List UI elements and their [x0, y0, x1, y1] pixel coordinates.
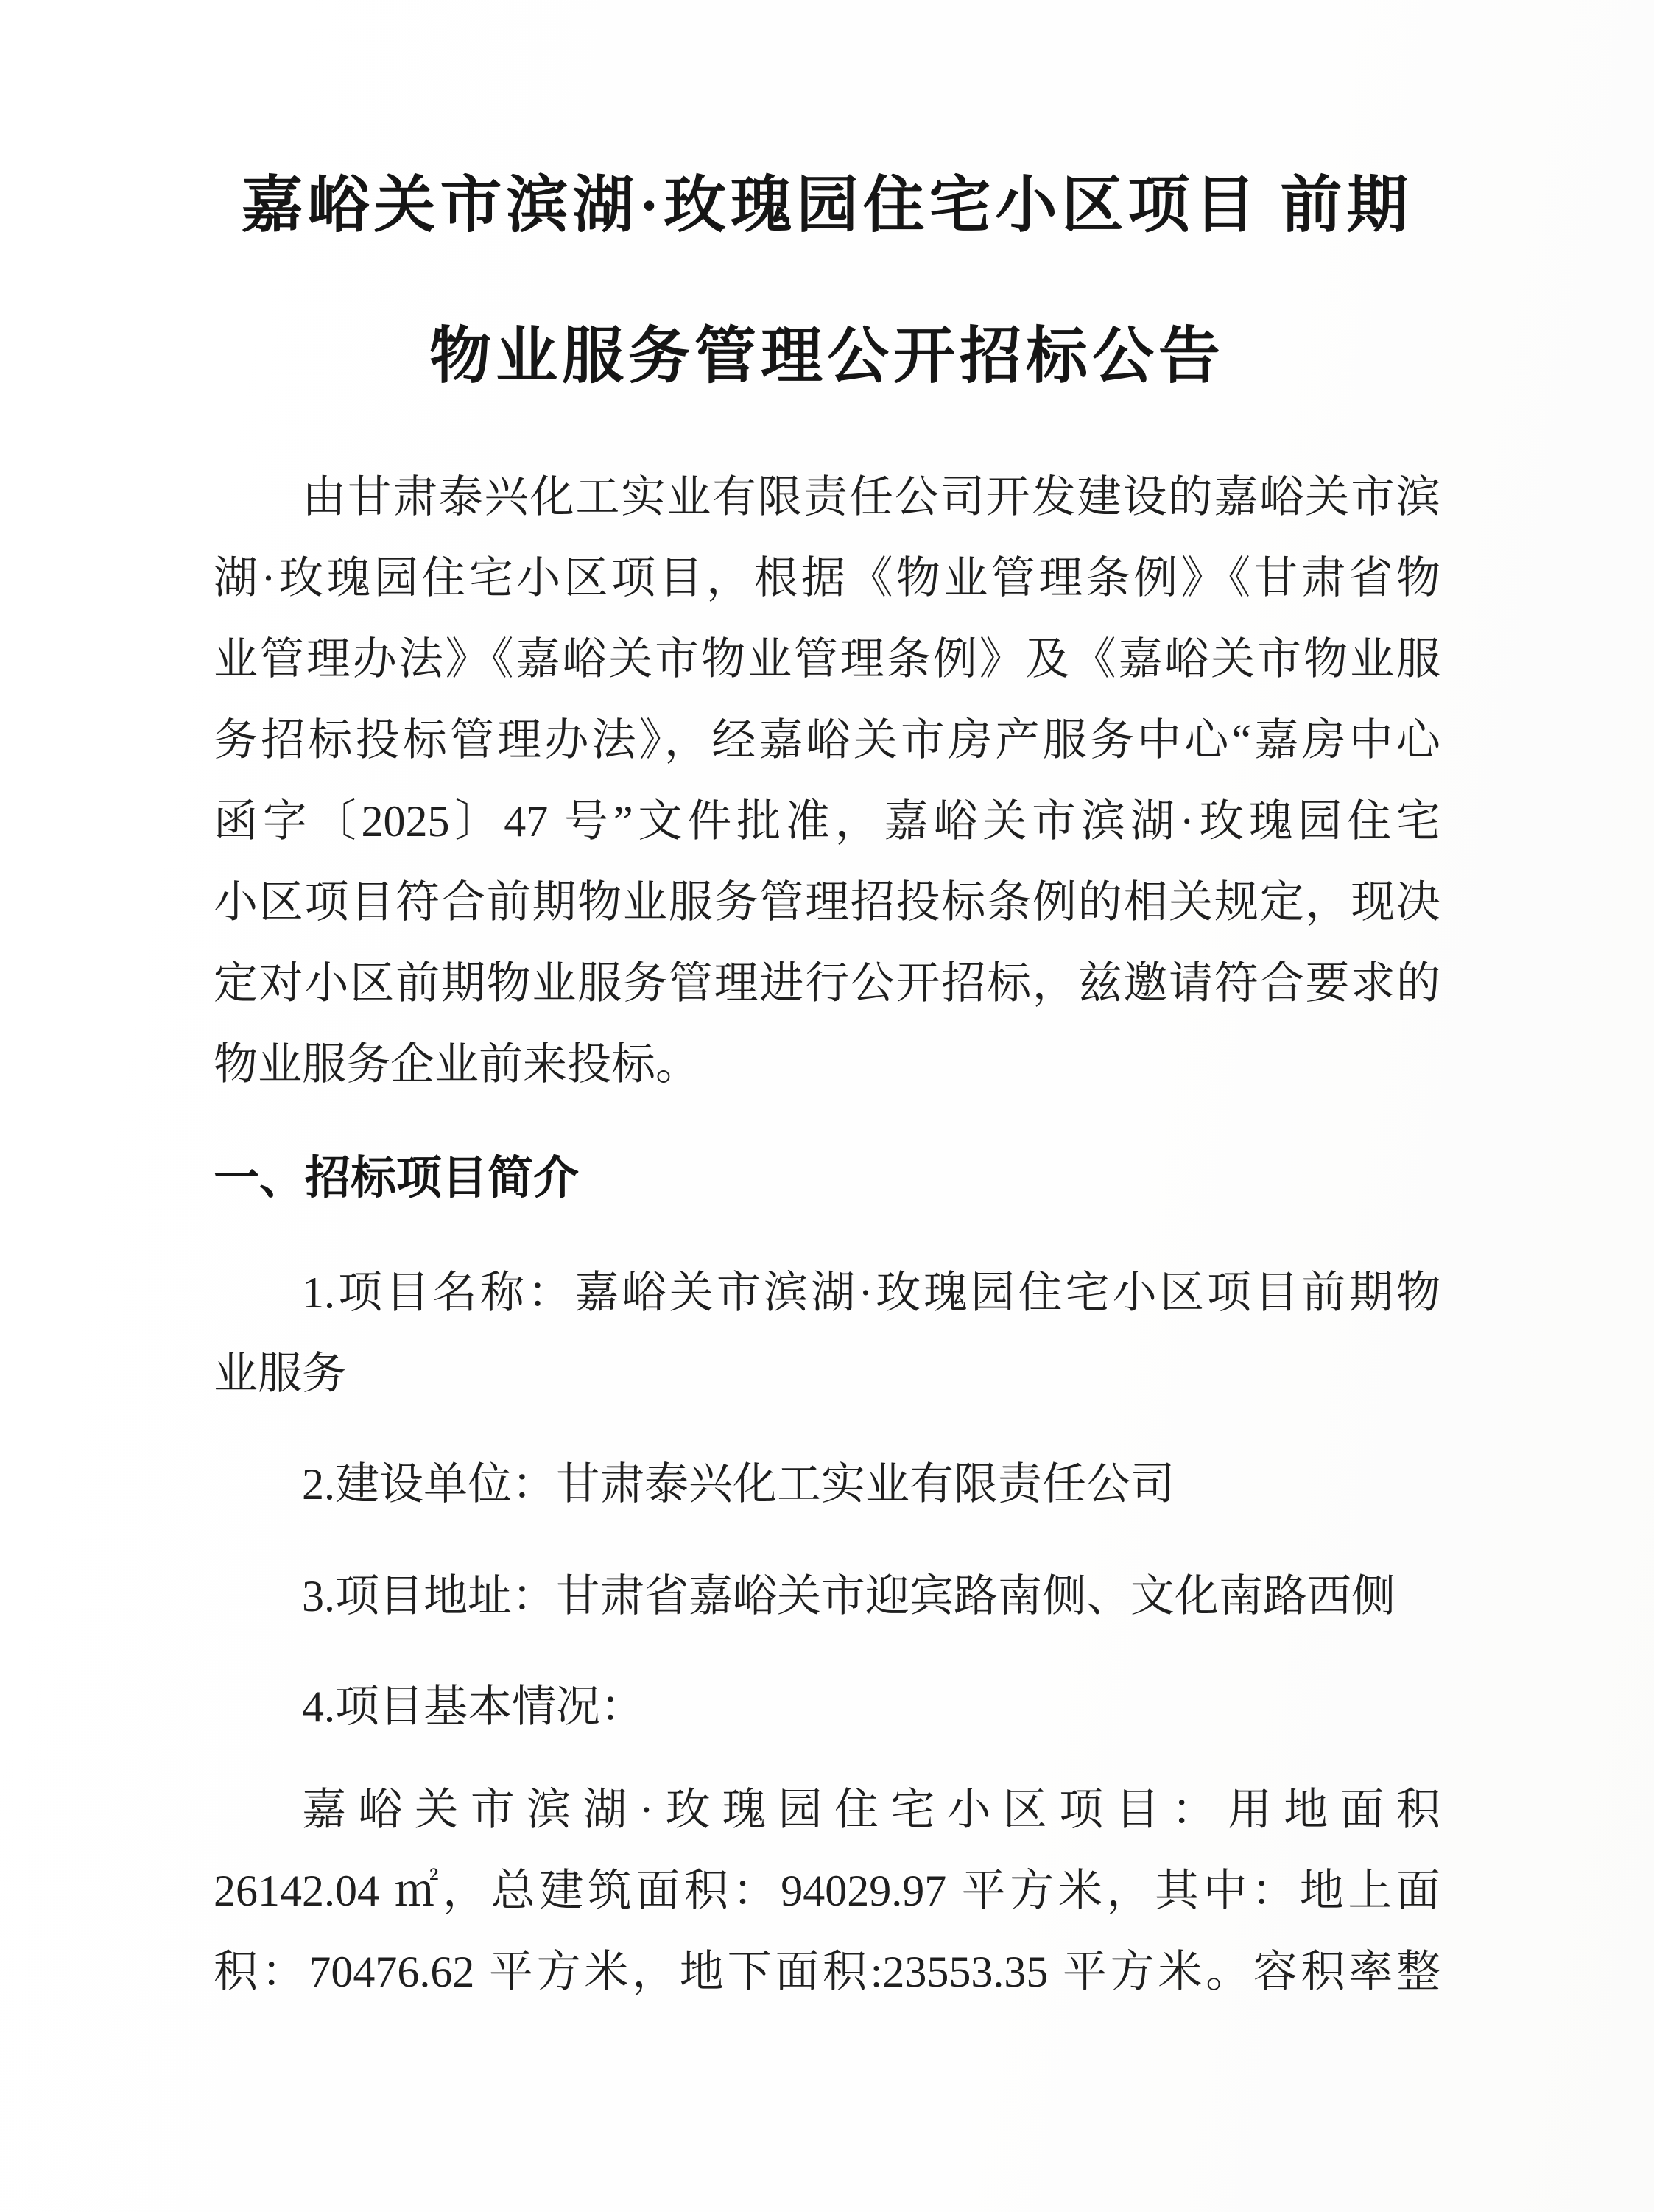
item4-detail-line-1: 嘉峪关市滨湖·玫瑰园住宅小区项目：用地面积 [214, 1769, 1440, 1850]
item3-project-address: 3.项目地址：甘肃省嘉峪关市迎宾路南侧、文化南路西侧 [214, 1556, 1440, 1637]
item2-line-1: 2.建设单位：甘肃泰兴化工实业有限责任公司 [214, 1444, 1440, 1525]
section1-heading-text: 一、招标项目简介 [214, 1153, 579, 1204]
title-line-1: 嘉峪关市滨湖·玫瑰园住宅小区项目 [241, 172, 1260, 240]
item4-detail-line-3: 积：70476.62 平方米，地下面积:23553.35 平方米。容积率整 [214, 1931, 1440, 2012]
intro-line-4: 务招标投标管理办法》，经嘉峪关市房产服务中心“嘉房中心 [214, 700, 1440, 781]
scanned-document-page: 嘉峪关市滨湖·玫瑰园住宅小区项目 前期物业服务管理公开招标公告 由甘肃泰兴化工实… [0, 0, 1654, 2212]
intro-paragraph: 由甘肃泰兴化工实业有限责任公司开发建设的嘉峪关市滨 湖·玫瑰园住宅小区项目，根据… [214, 457, 1440, 1105]
intro-line-2: 湖·玫瑰园住宅小区项目，根据《物业管理条例》《甘肃省物 [214, 538, 1440, 619]
intro-line-1: 由甘肃泰兴化工实业有限责任公司开发建设的嘉峪关市滨 [214, 457, 1440, 538]
item4-basic-situation: 4.项目基本情况： [214, 1666, 1440, 1747]
item4-detail-line-2: 26142.04 ㎡，总建筑面积：94029.97 平方米，其中：地上面 [214, 1850, 1440, 1931]
item2-construction-unit: 2.建设单位：甘肃泰兴化工实业有限责任公司 [214, 1444, 1440, 1525]
intro-line-5: 函字〔2025〕47 号”文件批准，嘉峪关市滨湖·玫瑰园住宅 [214, 781, 1440, 862]
intro-line-7: 定对小区前期物业服务管理进行公开招标，兹邀请符合要求的 [214, 943, 1440, 1024]
item1-project-name: 1.项目名称：嘉峪关市滨湖·玫瑰园住宅小区项目前期物 业服务 [214, 1252, 1440, 1414]
item4-line-1: 4.项目基本情况： [214, 1666, 1440, 1747]
intro-line-8: 物业服务企业前来投标。 [214, 1024, 1440, 1105]
item4-detail-paragraph: 嘉峪关市滨湖·玫瑰园住宅小区项目：用地面积 26142.04 ㎡，总建筑面积：9… [214, 1769, 1440, 2012]
intro-line-6: 小区项目符合前期物业服务管理招投标条例的相关规定，现决 [214, 862, 1440, 943]
document-title: 嘉峪关市滨湖·玫瑰园住宅小区项目 前期物业服务管理公开招标公告 [214, 130, 1440, 432]
item1-line-1: 1.项目名称：嘉峪关市滨湖·玫瑰园住宅小区项目前期物 [214, 1252, 1440, 1333]
intro-line-3: 业管理办法》《嘉峪关市物业管理条例》及《嘉峪关市物业服 [214, 619, 1440, 700]
item1-line-2: 业服务 [214, 1333, 1440, 1414]
item3-line-1: 3.项目地址：甘肃省嘉峪关市迎宾路南侧、文化南路西侧 [214, 1556, 1440, 1637]
document-content: 嘉峪关市滨湖·玫瑰园住宅小区项目 前期物业服务管理公开招标公告 由甘肃泰兴化工实… [214, 130, 1440, 2012]
section1-heading: 一、招标项目简介 [214, 1138, 1440, 1219]
